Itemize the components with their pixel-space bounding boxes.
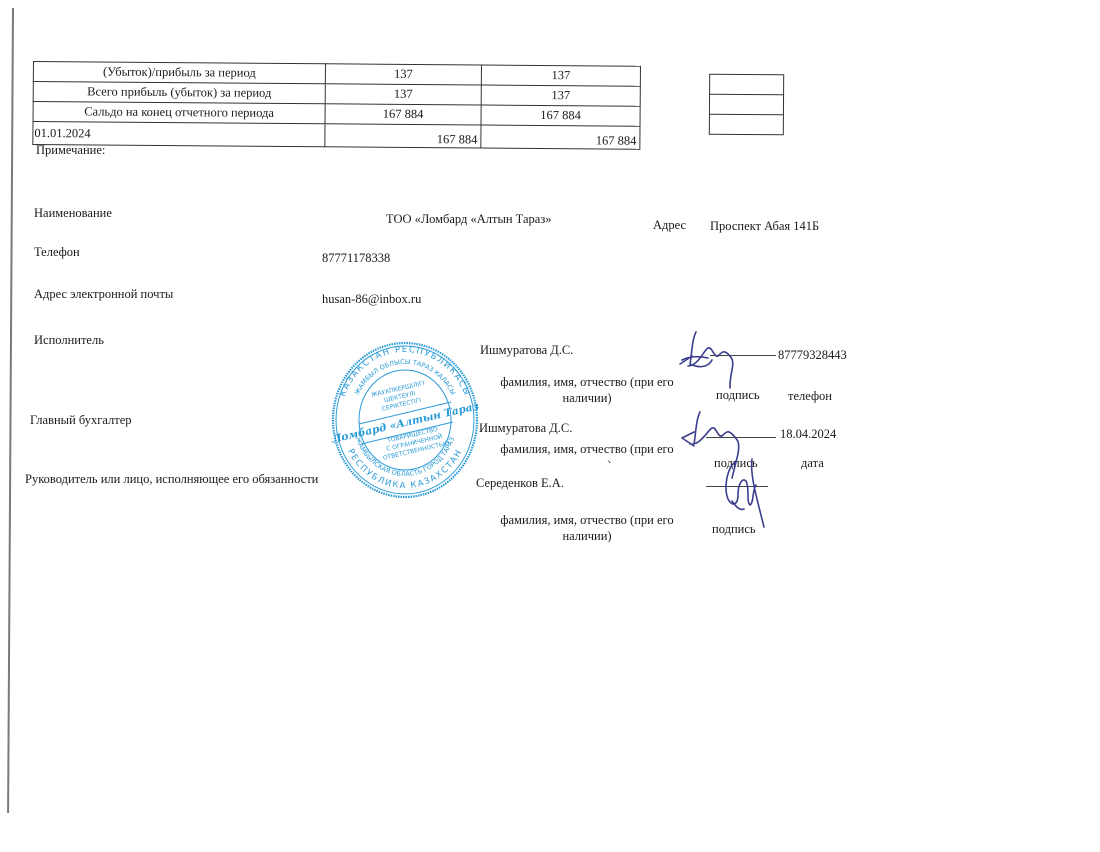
side-box-row: [710, 115, 783, 135]
caption-line: фамилия, имя, отчество (при его: [486, 512, 688, 528]
row-label: Сальдо на конец отчетного периода: [33, 102, 325, 124]
chief-accountant-name: Ишмуратова Д.С.: [479, 421, 572, 436]
row-label: (Убыток)/прибыль за период: [33, 62, 325, 84]
phone-value: 87771178338: [322, 251, 390, 266]
caption-line: наличии): [486, 528, 688, 544]
row-value-previous: 137: [481, 85, 640, 106]
row-value-current: 167 884: [325, 124, 481, 148]
name-label: Наименование: [34, 206, 112, 221]
email-label: Адрес электронной почты: [34, 287, 173, 302]
row-value-previous: 167 884: [481, 105, 640, 126]
director-role: Руководитель или лицо, исполняющее его о…: [25, 472, 318, 487]
executor-name-caption: фамилия, имя, отчество (при его наличии): [486, 374, 688, 406]
side-box-row: [710, 75, 783, 96]
page-margin-line: [7, 8, 13, 813]
row-value-previous: 137: [481, 65, 640, 86]
company-stamp-icon: КАЗАКСТАН РЕСПУБЛИКАСЫ ЖАМБЫЛ ОБЛЫСЫ ТАР…: [331, 340, 479, 500]
financial-table: (Убыток)/прибыль за период 137 137 Всего…: [32, 61, 641, 150]
row-value-previous: 167 884: [481, 125, 640, 149]
chief-accountant-role: Главный бухгалтер: [30, 413, 132, 428]
side-box-row: [710, 95, 783, 116]
director-name: Середенков Е.А.: [476, 476, 564, 491]
director-signature-icon: [722, 455, 767, 530]
table-row: 01.01.2024 167 884 167 884: [33, 122, 640, 150]
address-value: Проспект Абая 141Б: [710, 219, 819, 234]
address-label: Адрес: [653, 218, 686, 233]
caption-line: наличии): [486, 390, 688, 406]
company-name: ТОО «Ломбард «Алтын Тараз»: [386, 212, 552, 227]
row-value-current: 167 884: [325, 104, 481, 125]
phone-label: Телефон: [34, 245, 80, 260]
caption-line: наличии): [486, 457, 688, 463]
email-value: husan-86@inbox.ru: [322, 292, 421, 307]
executor-signature-icon: [678, 330, 748, 390]
row-label: Всего прибыль (убыток) за период: [33, 82, 325, 104]
note-label: Примечание:: [36, 143, 105, 158]
executor-name: Ишмуратова Д.С.: [480, 343, 573, 358]
chief-accountant-name-caption: фамилия, имя, отчество (при его наличии): [486, 441, 688, 463]
report-date: 18.04.2024: [780, 427, 836, 442]
director-name-caption: фамилия, имя, отчество (при его наличии): [486, 512, 688, 544]
row-value-current: 137: [325, 64, 481, 85]
report-date-caption: дата: [801, 455, 824, 471]
executor-phone: 87779328443: [778, 348, 847, 363]
executor-role: Исполнитель: [34, 333, 104, 348]
side-empty-box: [709, 74, 784, 136]
caption-line: фамилия, имя, отчество (при его: [486, 374, 688, 390]
caption-line: фамилия, имя, отчество (при его: [486, 441, 688, 457]
executor-phone-caption: телефон: [788, 388, 832, 404]
row-value-current: 137: [325, 84, 481, 105]
